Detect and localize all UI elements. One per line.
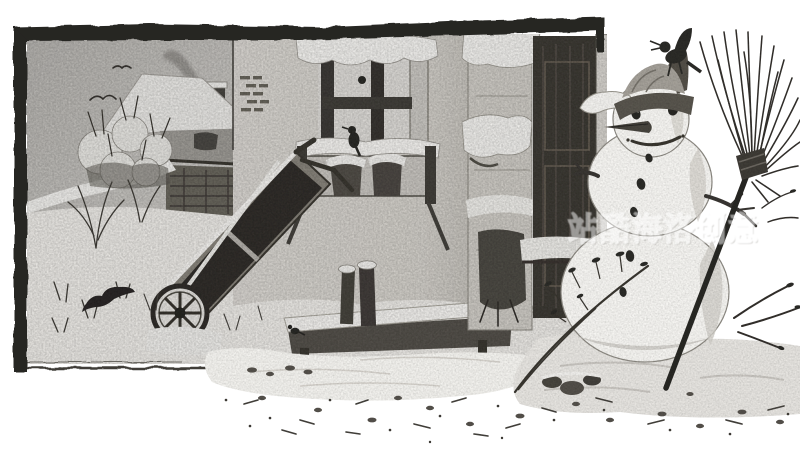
bird-wing [674,28,692,58]
knot-hole [358,76,366,84]
frame-right-stub [597,30,604,52]
wheel-hub [175,308,186,319]
bush-shadows [86,162,170,188]
window-crossbar [322,97,412,109]
watermark-text: 站酷海洛创意 [568,210,760,248]
stock-watermark: 站酷海洛创意 站酷海洛创意 [568,210,761,249]
snow-over-wheel [146,327,222,356]
roof-vent [194,132,218,150]
engraving-canvas: Vintage winter engraving: snowman with b… [0,0,800,454]
snow-lintel [296,35,438,65]
framed-winter-scene [22,25,608,364]
flower-pot [372,160,402,196]
vintage-engraving-illustration: Vintage winter engraving: snowman with b… [0,0,800,454]
pillar-base-shadow [478,229,526,309]
stone-pillar [462,25,540,330]
flower-pot [330,162,362,196]
snow-on-corbel [462,115,532,157]
right-twig-leaves [777,189,800,351]
frame-left [14,27,27,372]
